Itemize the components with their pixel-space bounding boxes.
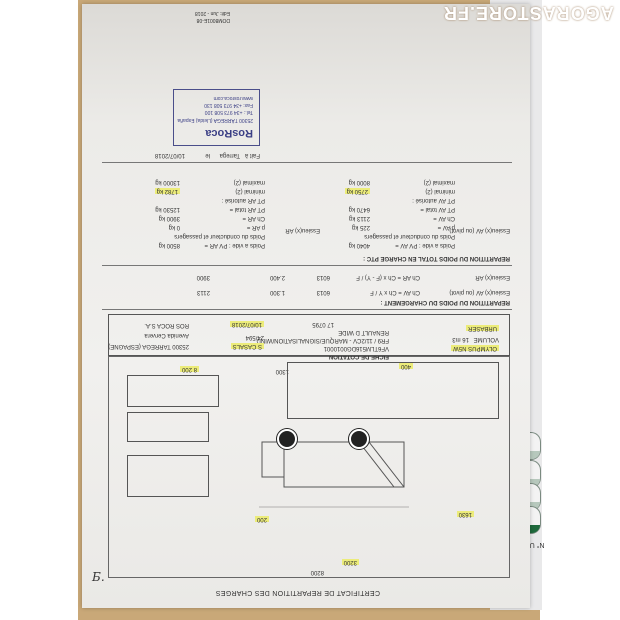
vehicle-frame: 8200 3200 400 1300 200 1630 8 200 FICHE …	[108, 356, 510, 578]
stamp-logo: RosRoca	[205, 127, 253, 139]
vehicle-volume: 16 m3	[452, 336, 469, 342]
vehicle-chassis: RENAULT D WIDE	[338, 329, 389, 335]
stamp-phone: Tel.: +34 973 508 100	[205, 109, 253, 115]
total-row-label: PT AR autorisé :	[221, 197, 265, 203]
plan-ref: S CASALS	[231, 343, 264, 349]
front-result: 2113	[197, 289, 210, 295]
document-title: CERTIFICAT DE REPARTITION DES CHARGES	[216, 589, 380, 596]
loading-title: REPARTITION DU POIDS DU CHARGEMENT :	[380, 299, 510, 305]
total-row-value: 8000 kg	[349, 179, 370, 185]
info-box-3	[127, 375, 219, 407]
total-row-label: maximal (2)	[234, 179, 265, 185]
constructor-address: Avenida Cervera	[144, 332, 189, 338]
total-rear-label: Essieu(x) AR	[285, 227, 320, 233]
front-wheel-icon	[277, 429, 297, 449]
total-front-label: Essieu(x) AV (ou pivot)	[449, 227, 510, 233]
rear-value-ch: 6013	[317, 274, 330, 280]
total-row-label: PT AV total =	[420, 206, 455, 212]
dim-z: 200	[255, 516, 269, 522]
total-row-value: 2113 kg	[349, 215, 370, 221]
signature-date-label: le	[205, 152, 210, 158]
header-ref: DOM8001E-08	[197, 17, 230, 23]
vehicle-date: 10/07/2018	[230, 321, 264, 327]
rear-result: 3900	[197, 274, 210, 280]
signature-place-label: Fait à	[245, 152, 260, 158]
vehicle-id-box: OLYMPUS N5W VOLUME 16 m3 URBASER VF6TLM5…	[108, 314, 510, 356]
order-number: 24/594	[246, 334, 264, 340]
rear-axle-label: Essieu(x) AR	[475, 274, 510, 280]
vehicle-volume-label: VOLUME	[474, 336, 499, 342]
machine-number: 17 0795	[312, 321, 334, 327]
divider	[102, 162, 512, 163]
rear-value-fy: 2.400	[270, 274, 285, 280]
handwritten-note: Б.	[92, 570, 105, 584]
stamp-website: www.rosroca.com	[214, 95, 253, 101]
total-row-label: PT AR total =	[230, 206, 265, 212]
vehicle-chassis-detail: FR9 / 11/2CV - MARQUE/SIGNALISATION/WIND	[257, 337, 389, 343]
front-value-ch: 6013	[317, 289, 330, 295]
truck-diagram	[259, 427, 409, 517]
stamp-address: 25300 TÀRREGA (Lleida) España	[177, 117, 253, 123]
total-row-label: maximal (2)	[424, 179, 455, 185]
stamp-fax: Fax: +34 973 508 130	[204, 102, 253, 108]
total-row-value: 13000 kg	[155, 179, 180, 185]
total-row-value: 4040 kg	[349, 242, 370, 248]
total-row-value: 6470 kg	[349, 206, 370, 212]
divider	[102, 265, 512, 266]
background-left	[0, 0, 78, 620]
info-box-1	[127, 455, 209, 497]
dim-h: 1630	[457, 511, 474, 517]
total-row-value: 3900 kg	[159, 215, 180, 221]
spec-table	[287, 362, 499, 419]
front-value-y: 1.300	[270, 289, 285, 295]
total-row-label: Ch AV =	[433, 215, 455, 221]
rear-wheel-icon	[349, 429, 369, 449]
mass-value: 8 200	[180, 366, 199, 372]
info-box-2	[127, 412, 209, 442]
front-formula: Ch AV = Ch x Y / F	[370, 289, 420, 295]
signature-date: 10/07/2018	[155, 152, 185, 158]
document-content-rotated: CERTIFICAT DE REPARTITION DES CHARGES 82…	[82, 4, 530, 608]
total-row-label: PT AV autorisé :	[412, 197, 455, 203]
total-row-label: Poids a vide : PV AR =	[204, 242, 265, 248]
vehicle-vin: VF6TLM516DG0010001	[324, 345, 389, 351]
total-row-label: Poids du conducteur et passagers	[174, 233, 265, 239]
edition: Edit: Jun - 2018	[195, 10, 230, 16]
constructor-name: ROS ROCA S.A.	[144, 322, 189, 328]
total-row-label: Poids a vide : PV AV =	[395, 242, 455, 248]
background-right	[540, 0, 620, 620]
document-sheet: CERTIFICAT DE REPARTITION DES CHARGES 82…	[82, 4, 530, 608]
total-row-label: Ch AR =	[242, 215, 265, 221]
total-row-value: 2750 kg	[345, 188, 370, 194]
constructor-city: 25300 TARREGA (ESPAGNE)	[108, 343, 189, 349]
total-row-value: 8500 kg	[159, 242, 180, 248]
vehicle-client: URBASER	[466, 325, 499, 331]
total-row-value: 12530 kg	[155, 206, 180, 212]
total-row-label: minimal (2)	[235, 188, 265, 194]
total-row-label: minimal (2)	[425, 188, 455, 194]
dim-length: 8200	[311, 569, 324, 575]
total-row-label: p AV =	[438, 224, 455, 230]
total-row-value: 225 kg	[352, 224, 370, 230]
rear-formula: Ch AR = Ch x (F - Y) / F	[356, 274, 420, 280]
dim-body-length: 3200	[342, 559, 359, 565]
total-row-value: 0 kg	[169, 224, 180, 230]
watermark: AGORASTORE.FR	[443, 2, 614, 23]
front-axle-label: Essieu(x) AV (ou pivot)	[449, 289, 510, 295]
total-row-label: Poids du conducteur et passagers	[364, 233, 455, 239]
total-row-label: p AR =	[247, 224, 265, 230]
signature-place: Tarrega	[220, 152, 240, 158]
vehicle-model: OLYMPUS N5W	[451, 345, 499, 351]
company-stamp: RosRoca 25300 TÀRREGA (Lleida) España Te…	[173, 89, 260, 146]
divider	[102, 309, 512, 310]
total-title: REPARTITION DU POIDS TOTAL EN CHARGE PTC…	[363, 255, 510, 261]
total-row-value: 1782 kg	[155, 188, 180, 194]
